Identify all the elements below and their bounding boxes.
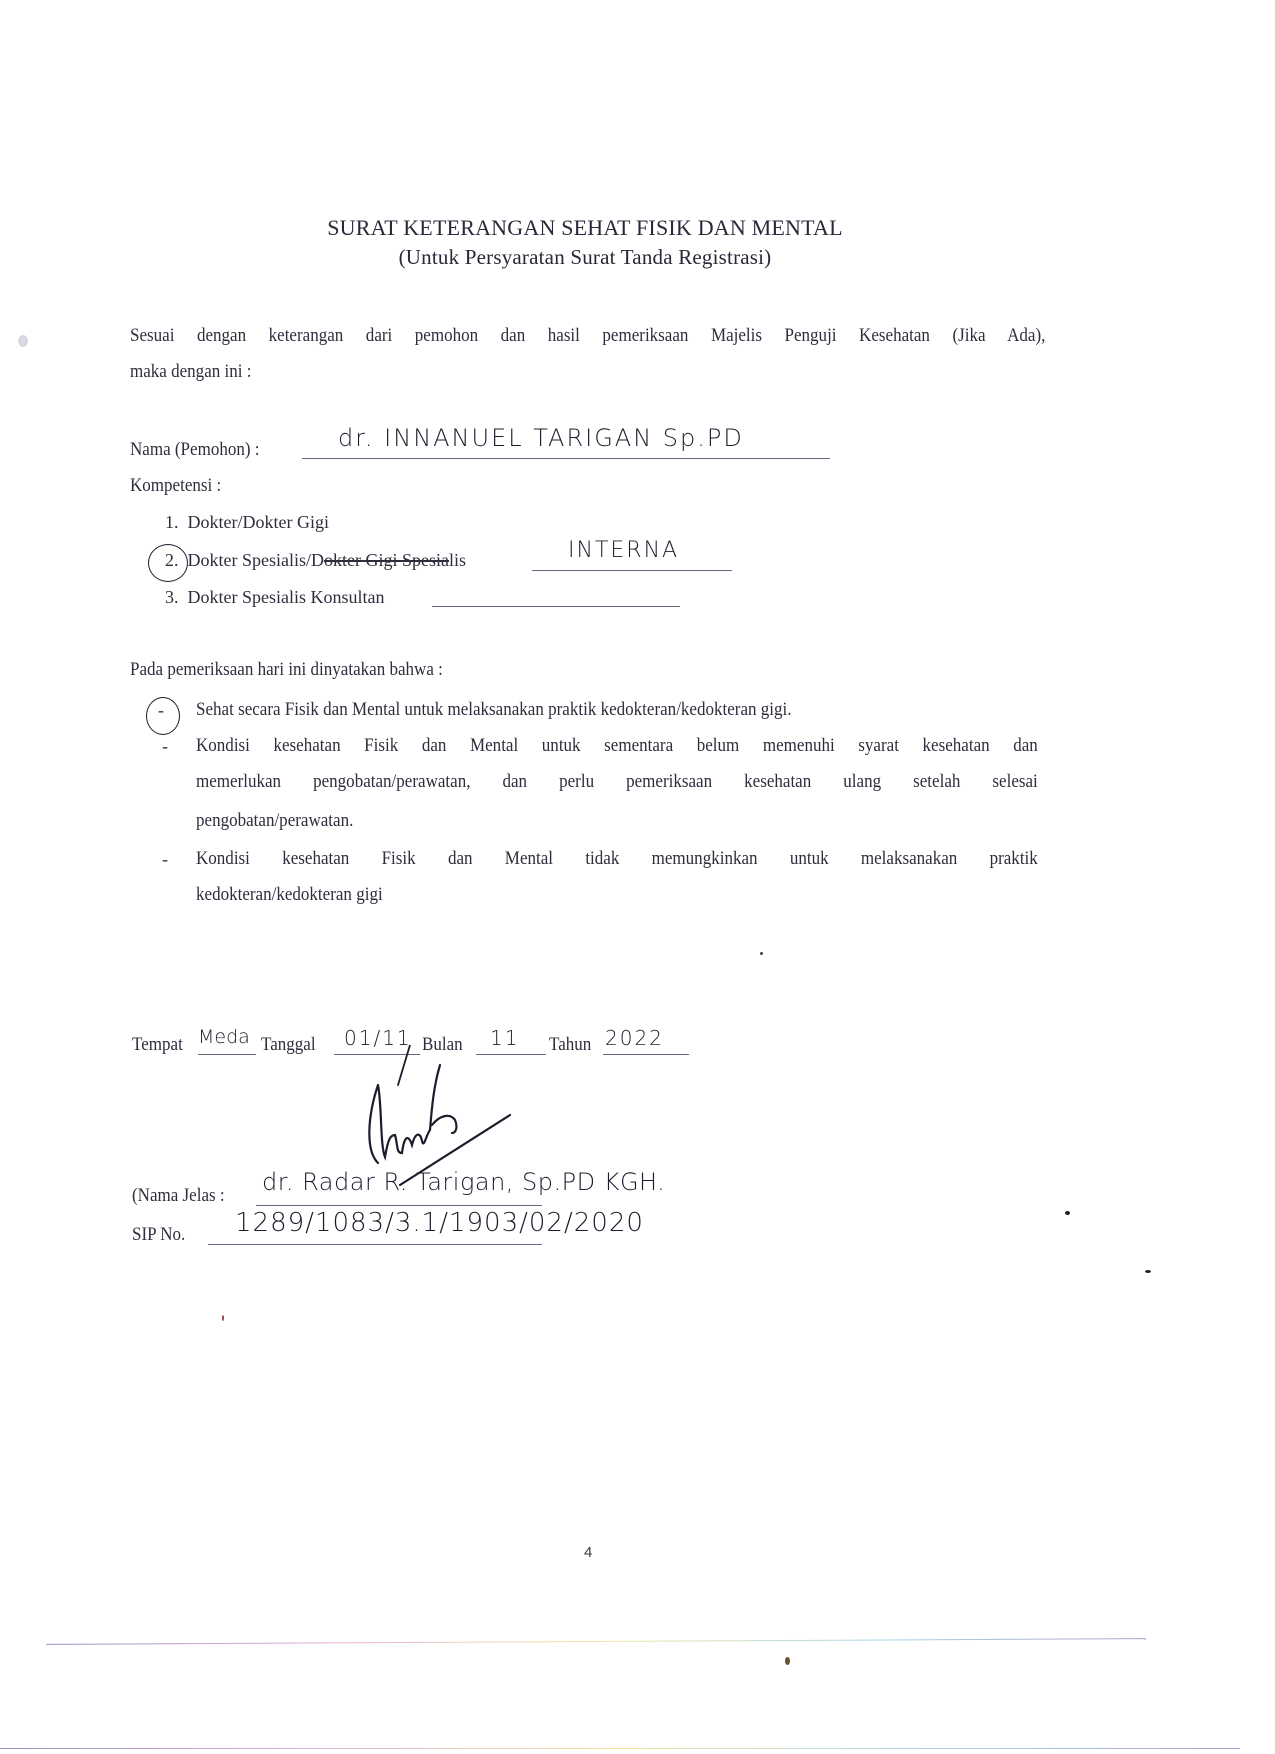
condition-2-cont: memerlukan pengobatan/perawatan, dan per… — [196, 772, 1038, 793]
applicant-label: Nama (Pemohon) : — [130, 440, 260, 461]
competence-option-1[interactable]: 1. Dokter/Dokter Gigi — [165, 512, 329, 533]
scan-speck — [222, 1315, 224, 1321]
document-subtitle: (Untuk Persyaratan Surat Tanda Registras… — [0, 245, 1170, 270]
year-label: Tahun — [549, 1035, 591, 1056]
scan-speck — [1065, 1211, 1070, 1215]
condition-3-line-2: kedokteran/kedokteran gigi — [196, 885, 383, 906]
intro-paragraph: Sesuai dengan keterangan dari pemohon da… — [130, 326, 1045, 347]
condition-2-line-1: Kondisi kesehatan Fisik dan Mental untuk… — [196, 736, 1038, 757]
condition-3-line-1: Kondisi kesehatan Fisik dan Mental tidak… — [196, 849, 1038, 870]
place-label: Tempat — [132, 1035, 183, 1056]
sip-number-field[interactable]: 1289/1083/3.1/1903/02/2020 — [235, 1208, 644, 1238]
specialty-field[interactable]: INTERNA — [568, 538, 679, 563]
applicant-underline — [302, 458, 830, 459]
option-label-suffix: lis — [449, 550, 466, 570]
scan-line-artifact — [0, 1748, 1240, 1749]
scan-speck — [785, 1657, 790, 1665]
option-label: Dokter Spesialis Konsultan — [188, 587, 385, 607]
condition-3[interactable]: Kondisi kesehatan Fisik dan Mental tidak… — [196, 849, 1038, 870]
option-number: 3. — [165, 587, 179, 607]
option-label: Dokter/Dokter Gigi — [188, 512, 329, 532]
condition-2-line-2: memerlukan pengobatan/perawatan, dan per… — [196, 772, 1038, 793]
specialty-underline — [532, 570, 732, 571]
bullet: - — [162, 736, 168, 757]
scan-speck — [18, 335, 28, 347]
date-label: Tanggal — [261, 1035, 316, 1056]
applicant-name-field[interactable]: dr. INNANUEL TARIGAN Sp.PD — [338, 424, 744, 452]
intro-line-2: maka dengan ini : — [130, 362, 251, 383]
signer-name-label: (Nama Jelas : — [132, 1186, 225, 1207]
condition-2-line-3: pengobatan/perawatan. — [196, 811, 353, 832]
year-underline — [603, 1054, 689, 1055]
year-field[interactable]: 2022 — [605, 1026, 664, 1050]
competence-label: Kompetensi : — [130, 476, 221, 497]
place-underline — [198, 1054, 256, 1055]
sip-label: SIP No. — [132, 1225, 185, 1246]
exam-label: Pada pemeriksaan hari ini dinyatakan bah… — [130, 660, 443, 681]
scan-speck — [1145, 1270, 1151, 1273]
option-number: 1. — [165, 512, 179, 532]
option-number: 2. — [165, 550, 179, 570]
option-label-struck: okter Gigi Spesia — [324, 550, 449, 570]
consultant-underline — [432, 606, 680, 607]
competence-option-2[interactable]: 2. Dokter Spesialis/Dokter Gigi Spesiali… — [165, 550, 466, 571]
bullet: - — [162, 849, 168, 870]
page-number: 4 — [584, 1544, 592, 1561]
scan-speck — [760, 952, 763, 955]
condition-2[interactable]: Kondisi kesehatan Fisik dan Mental untuk… — [196, 736, 1038, 757]
competence-option-3[interactable]: 3. Dokter Spesialis Konsultan — [165, 587, 384, 608]
document-title: SURAT KETERANGAN SEHAT FISIK DAN MENTAL — [0, 215, 1170, 241]
intro-line-1: Sesuai dengan keterangan dari pemohon da… — [130, 326, 1045, 347]
scan-line-artifact — [46, 1638, 1146, 1645]
option-label-prefix: Dokter Spesialis/D — [188, 550, 325, 570]
condition-1[interactable]: Sehat secara Fisik dan Mental untuk mela… — [196, 700, 792, 721]
place-field[interactable]: Meda — [198, 1026, 250, 1048]
signer-name-underline — [256, 1205, 542, 1206]
signer-name-field[interactable]: dr. Radar R. Tarigan, Sp.PD KGH. — [262, 1168, 665, 1196]
bullet: - — [158, 700, 164, 721]
sip-underline — [208, 1244, 542, 1245]
